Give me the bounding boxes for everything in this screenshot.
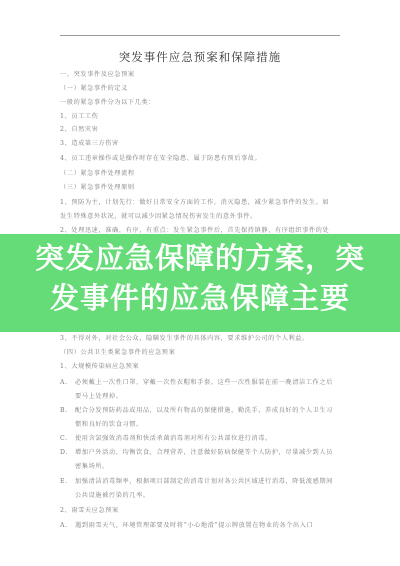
document-line: 2、处理迅速，准确，有序，有重点：发生紧急事件后，首先保持镇静，有序组织事件的处 bbox=[60, 225, 329, 234]
list-marker: E. bbox=[60, 478, 75, 485]
list-item-text: 必须戴上一次性口罩，穿戴一次性衣帽和手套。这些一次性服装在前一晚清洁工作之后 bbox=[75, 379, 333, 386]
list-item-text: 加强清洁消毒频率，根据项目部制定的消毒计划对各公共区域进行消毒，降低流感期间 bbox=[75, 478, 333, 485]
list-item: 要马上处理掉。 bbox=[75, 391, 123, 400]
list-item-text: 增加户外活动，均衡饮食，合理营养，注意做好防病保健等个人防护，尽量减少到人员 bbox=[75, 449, 333, 456]
banner-line-1: 突发应急保障的方案，突 bbox=[0, 238, 400, 278]
list-item-text: 要马上处理掉。 bbox=[75, 393, 123, 400]
banner-title: 突发应急保障的方案，突 发事件的应急保障主要 bbox=[0, 238, 400, 318]
list-item: B.配合分发预防药品或用品，以及所有物品的保健措施，勤洗手，养成良好的个人卫生习 bbox=[60, 405, 333, 414]
list-item-text: 配合分发预防药品或用品，以及所有物品的保健措施，勤洗手，养成良好的个人卫生习 bbox=[75, 407, 333, 414]
list-marker: A. bbox=[60, 522, 75, 529]
document-line: 1、预防为主，计划先行：做好日常安全方面的工作，消灭隐患，减少紧急事件的发生。如 bbox=[60, 197, 329, 206]
list-marker: B. bbox=[60, 407, 75, 414]
header-rule bbox=[60, 35, 340, 36]
document-line: 2、自然灾害 bbox=[60, 124, 98, 133]
list-item-text: 密集场所。 bbox=[75, 463, 109, 470]
banner-line-2: 发事件的应急保障主要 bbox=[0, 278, 400, 318]
document-title: 突发事件应急预案和保障措施 bbox=[0, 49, 400, 65]
document-line: 发生特殊意外状况，就可以减少因紧急情况伤害发生的意外事件。 bbox=[60, 211, 257, 220]
list-item-text: 公共设施被污染的几率。 bbox=[75, 492, 150, 499]
list-item-text: 遇到雨雪天气，环境管理部要及时将“小心地滑”提示牌放置在物业的各个出入口 bbox=[75, 522, 313, 529]
document-line: （三）紧急事件处理原则 bbox=[60, 182, 135, 191]
document-line: 一、突发事件及应急预案 bbox=[60, 69, 135, 78]
list-item: A.遇到雨雪天气，环境管理部要及时将“小心地滑”提示牌放置在物业的各个出入口 bbox=[60, 520, 313, 529]
list-item: 公共设施被污染的几率。 bbox=[75, 490, 150, 499]
document-line: （一）紧急事件的定义 bbox=[60, 83, 128, 92]
list-item: 密集场所。 bbox=[75, 461, 109, 470]
list-item: A.必须戴上一次性口罩，穿戴一次性衣帽和手套。这些一次性服装在前一晚清洁工作之后 bbox=[60, 377, 333, 386]
document-line: 3、不得对外，对社会公众，隐瞒发生事件的具体内容，要求维护公司的个人利益。 bbox=[60, 333, 309, 342]
list-item-text: 使用含氯强效消毒剂和快活杀菌消毒剂对所有公共部位进行消毒。 bbox=[75, 435, 272, 442]
list-marker: D. bbox=[60, 449, 75, 456]
list-item: C.使用含氯强效消毒剂和快活杀菌消毒剂对所有公共部位进行消毒。 bbox=[60, 433, 272, 442]
list-item: D.增加户外活动，均衡饮食，合理营养，注意做好防病保健等个人防护，尽量减少到人员 bbox=[60, 447, 333, 456]
list-marker: A. bbox=[60, 379, 75, 386]
document-line: （四）公共卫生类紧急事件的应急预案 bbox=[60, 347, 175, 356]
document-line: 一般的紧急事件分为以下几类： bbox=[60, 97, 155, 106]
document-line: 3、造成第三方伤害 bbox=[60, 138, 119, 147]
list-item-text: 2、雨雪天应急预案 bbox=[60, 507, 119, 514]
document-line: 1、大规模传染病应急预案 bbox=[60, 361, 139, 370]
list-item: 2、雨雪天应急预案 bbox=[60, 505, 119, 514]
document-line: 1、员工工伤 bbox=[60, 111, 98, 120]
document-page: 突发事件应急预案和保障措施 一、突发事件及应急预案（一）紧急事件的定义一般的紧急… bbox=[0, 0, 400, 566]
list-item-text: 惯和良好的饮食习惯。 bbox=[75, 421, 143, 428]
list-item: 惯和良好的饮食习惯。 bbox=[75, 419, 143, 428]
document-line: 4、员工违章操作或是操作时存在安全隐患、属于防患有预后事故。 bbox=[60, 153, 261, 162]
document-line: （二）紧急事件处理流程 bbox=[60, 168, 135, 177]
list-item: E.加强清洁消毒频率，根据项目部制定的消毒计划对各公共区域进行消毒，降低流感期间 bbox=[60, 476, 333, 485]
list-marker: C. bbox=[60, 435, 75, 442]
